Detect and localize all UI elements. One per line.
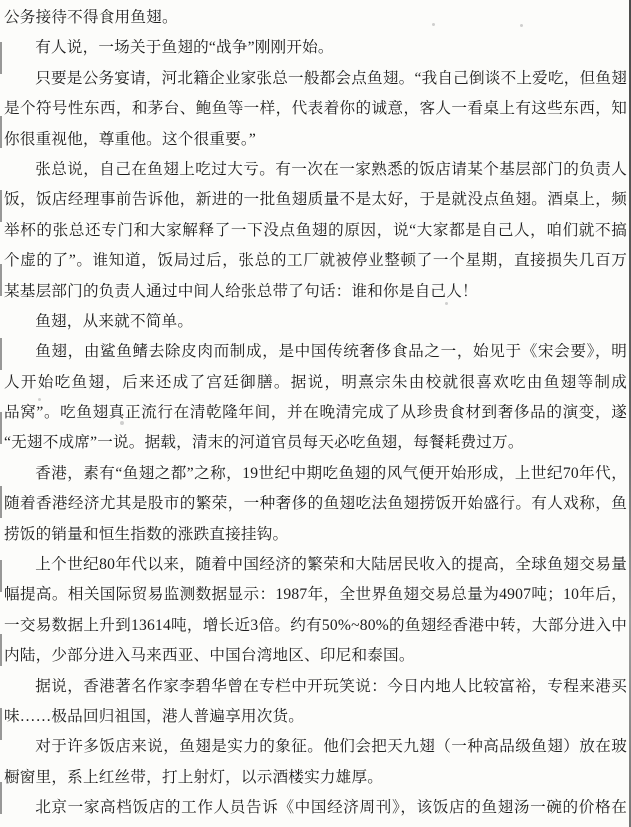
text-line-p3-l2: 举杯的张总还专门和大家解释了一下没点鱼翅的原因，说“大家都是自己人，咱们就不搞这 (4, 216, 627, 246)
text-line-p5-l0: 鱼翅，由鲨鱼鳍去除皮肉而制成，是中国传统奢侈食品之一，始见于《宋会要》，明朝 (4, 337, 627, 367)
text-line-p6-l2: 捞饭的销量和恒生指数的涨跌直接挂钩。 (4, 520, 627, 550)
text-line-p7-l0: 上个世纪80年代以来，随着中国经济的繁荣和大陆居民收入的提高，全球鱼翅交易量大 (4, 550, 627, 580)
text-line-p2-l2: 你很重视他，尊重他。这个很重要。” (4, 125, 627, 155)
document-page: 公务接待不得食用鱼翅。有人说，一场关于鱼翅的“战争”刚刚开始。只要是公务宴请，河… (0, 0, 631, 827)
text-line-p3-l1: 饭，饭店经理事前告诉他，新进的一批鱼翅质量不是太好，于是就没点鱼翅。酒桌上，频频 (4, 185, 627, 215)
text-line-p5-l3: “无翅不成席”一说。据载，清末的河道官员每天必吃鱼翅，每餐耗费过万。 (4, 428, 627, 458)
text-line-p3-l4: 某基层部门的负责人通过中间人给张总带了句话：谁和你是自己人！ (4, 277, 627, 307)
text-line-p8-l1: 味……极品回归祖国，港人普遍享用次货。 (4, 702, 627, 732)
text-line-p7-l3: 内陆，少部分进入马来西亚、中国台湾地区、印尼和泰国。 (4, 641, 627, 671)
text-line-p3-l0: 张总说，自己在鱼翅上吃过大亏。有一次在一家熟悉的饭店请某个基层部门的负责人吃 (4, 155, 627, 185)
text-line-p5-l2: 品窝”。吃鱼翅真正流行在清乾隆年间，并在晚清完成了从珍贵食材到奢侈品的演变，遂有 (4, 398, 627, 428)
text-line-p1-l0: 有人说，一场关于鱼翅的“战争”刚刚开始。 (4, 33, 627, 63)
text-line-p10-l0: 北京一家高档饭店的工作人员告诉《中国经济周刊》，该饭店的鱼翅汤一碗的价格在299 (4, 793, 627, 823)
text-line-p3-l3: 个虚的了”。谁知道，饭局过后，张总的工厂就被停业整顿了一个星期，直接损失几百万元… (4, 246, 627, 276)
text-line-p0-l0: 公务接待不得食用鱼翅。 (4, 3, 627, 33)
text-line-p2-l1: 是个符号性东西，和茅台、鲍鱼等一样，代表着你的诚意，客人一看桌上有这些东西，知道 (4, 94, 627, 124)
text-line-p4-l0: 鱼翅，从来就不简单。 (4, 307, 627, 337)
text-line-p6-l0: 香港，素有“鱼翅之都”之称，19世纪中期吃鱼翅的风气便开始形成，上世纪70年代， (4, 459, 627, 489)
text-line-p5-l1: 人开始吃鱼翅，后来还成了宫廷御膳。据说，明熹宗朱由校就很喜欢吃由鱼翅等制成的“一 (4, 368, 627, 398)
text-line-p2-l0: 只要是公务宴请，河北籍企业家张总一般都会点鱼翅。“我自己倒谈不上爱吃，但鱼翅 (4, 64, 627, 94)
document-body: 公务接待不得食用鱼翅。有人说，一场关于鱼翅的“战争”刚刚开始。只要是公务宴请，河… (4, 3, 627, 824)
text-line-p6-l1: 随着香港经济尤其是股市的繁荣，一种奢侈的鱼翅吃法鱼翅捞饭开始盛行。有人戏称，鱼翅 (4, 489, 627, 519)
text-line-p7-l2: 一交易数据上升到13614吨，增长近3倍。约有50%~80%的鱼翅经香港中转，大… (4, 611, 627, 641)
text-line-p9-l1: 橱窗里，系上红丝带，打上射灯，以示酒楼实力雄厚。 (4, 763, 627, 793)
text-line-p7-l1: 幅提高。相关国际贸易监测数据显示：1987年，全世界鱼翅交易总量为4907吨；1… (4, 580, 627, 610)
text-line-p9-l0: 对于许多饭店来说，鱼翅是实力的象征。他们会把天九翅（一种高品级鱼翅）放在玻璃 (4, 732, 627, 762)
text-line-p8-l0: 据说，香港著名作家李碧华曾在专栏中开玩笑说：今日内地人比较富裕，专程来港买海 (4, 672, 627, 702)
scan-left-edge-line (0, 0, 2, 827)
